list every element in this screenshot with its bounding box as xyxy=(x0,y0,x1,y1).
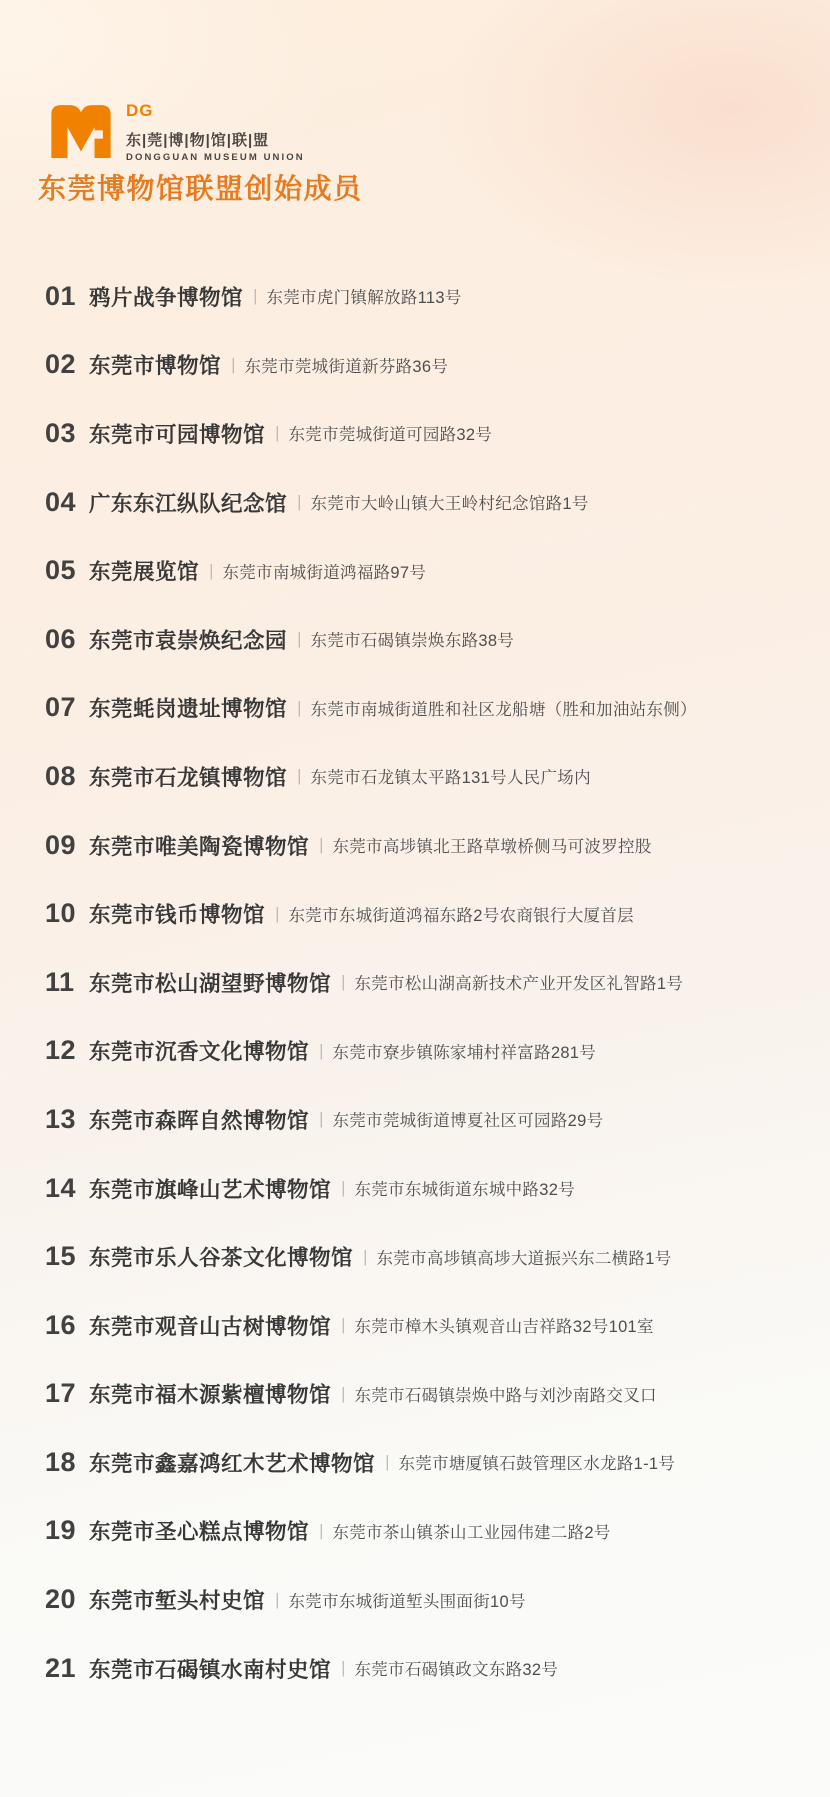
member-name: 东莞市乐人谷茶文化博物馆 xyxy=(89,1241,353,1272)
member-name: 东莞市森晖自然博物馆 xyxy=(89,1104,309,1135)
member-name: 东莞市圣心糕点博物馆 xyxy=(89,1515,309,1546)
member-row: 20 东莞市堑头村史馆 | 东莞市东城街道堑头围面街10号 xyxy=(45,1565,810,1634)
member-number: 03 xyxy=(45,418,89,449)
member-address: 东莞市寮步镇陈家埔村祥富路281号 xyxy=(332,1039,596,1063)
member-address: 东莞市茶山镇茶山工业园伟建二路2号 xyxy=(332,1519,610,1543)
member-row: 19 东莞市圣心糕点博物馆 | 东莞市茶山镇茶山工业园伟建二路2号 xyxy=(45,1497,810,1566)
separator-bar: | xyxy=(276,1590,279,1610)
separator-bar: | xyxy=(320,1041,323,1061)
separator-bar: | xyxy=(342,972,345,992)
member-name: 东莞市观音山古树博物馆 xyxy=(89,1310,331,1341)
logo-text: DG 东|莞|博|物|馆|联|盟 DONGGUAN MUSEUM UNION xyxy=(126,100,305,163)
member-address: 东莞市南城街道胜和社区龙船塘（胜和加油站东侧） xyxy=(310,696,696,720)
logo-dg-label: DG xyxy=(126,102,305,119)
member-number: 14 xyxy=(45,1173,89,1204)
logo-english-name: DONGGUAN MUSEUM UNION xyxy=(126,153,305,163)
member-address: 东莞市塘厦镇石鼓管理区水龙路1-1号 xyxy=(398,1450,675,1474)
member-row: 15 东莞市乐人谷茶文化博物馆 | 东莞市高埗镇高埗大道振兴东二横路1号 xyxy=(45,1222,810,1291)
member-address: 东莞市东城街道东城中路32号 xyxy=(354,1176,575,1200)
separator-bar: | xyxy=(298,766,301,786)
member-name: 东莞市袁崇焕纪念园 xyxy=(89,624,287,655)
member-name: 东莞市博物馆 xyxy=(89,349,221,380)
separator-bar: | xyxy=(276,904,279,924)
member-address: 东莞市莞城街道可园路32号 xyxy=(288,421,492,445)
member-row: 04 广东东江纵队纪念馆 | 东莞市大岭山镇大王岭村纪念馆路1号 xyxy=(45,468,810,537)
member-name: 广东东江纵队纪念馆 xyxy=(89,487,287,518)
member-name: 东莞市石碣镇水南村史馆 xyxy=(89,1653,331,1684)
member-address: 东莞市高埗镇北王路草墩桥侧马可波罗控股 xyxy=(332,833,651,857)
member-row: 21 东莞市石碣镇水南村史馆 | 东莞市石碣镇政文东路32号 xyxy=(45,1634,810,1703)
member-address: 东莞市东城街道鸿福东路2号农商银行大厦首层 xyxy=(288,902,633,926)
separator-bar: | xyxy=(210,561,213,581)
member-name: 鸦片战争博物馆 xyxy=(89,281,243,312)
member-number: 20 xyxy=(45,1584,89,1615)
member-address: 东莞市莞城街道新芬路36号 xyxy=(244,353,448,377)
member-row: 02 东莞市博物馆 | 东莞市莞城街道新芬路36号 xyxy=(45,331,810,400)
museum-union-m-icon xyxy=(48,100,114,158)
separator-bar: | xyxy=(232,355,235,375)
poster: DG 东|莞|博|物|馆|联|盟 DONGGUAN MUSEUM UNION 东… xyxy=(0,0,830,1797)
member-address: 东莞市石龙镇太平路131号人民广场内 xyxy=(310,764,590,788)
member-row: 06 东莞市袁崇焕纪念园 | 东莞市石碣镇崇焕东路38号 xyxy=(45,605,810,674)
member-row: 03 东莞市可园博物馆 | 东莞市莞城街道可园路32号 xyxy=(45,399,810,468)
member-name: 东莞展览馆 xyxy=(89,555,199,586)
separator-bar: | xyxy=(298,492,301,512)
separator-bar: | xyxy=(342,1384,345,1404)
member-number: 04 xyxy=(45,487,89,518)
member-row: 05 东莞展览馆 | 东莞市南城街道鸿福路97号 xyxy=(45,536,810,605)
member-number: 17 xyxy=(45,1378,89,1409)
member-number: 15 xyxy=(45,1241,89,1272)
member-number: 09 xyxy=(45,830,89,861)
member-row: 11 东莞市松山湖望野博物馆 | 东莞市松山湖高新技术产业开发区礼智路1号 xyxy=(45,948,810,1017)
separator-bar: | xyxy=(342,1315,345,1335)
member-name: 东莞市钱币博物馆 xyxy=(89,898,265,929)
separator-bar: | xyxy=(276,423,279,443)
separator-bar: | xyxy=(298,629,301,649)
member-name: 东莞市石龙镇博物馆 xyxy=(89,761,287,792)
separator-bar: | xyxy=(386,1452,389,1472)
member-number: 11 xyxy=(45,967,89,998)
member-number: 05 xyxy=(45,555,89,586)
member-name: 东莞市松山湖望野博物馆 xyxy=(89,967,331,998)
member-address: 东莞市高埗镇高埗大道振兴东二横路1号 xyxy=(376,1245,671,1269)
member-number: 07 xyxy=(45,692,89,723)
member-row: 07 东莞蚝岗遗址博物馆 | 东莞市南城街道胜和社区龙船塘（胜和加油站东侧） xyxy=(45,674,810,743)
member-number: 16 xyxy=(45,1310,89,1341)
member-row: 17 东莞市福木源紫檀博物馆 | 东莞市石碣镇崇焕中路与刘沙南路交叉口 xyxy=(45,1360,810,1429)
logo-chinese-name: 东|莞|博|物|馆|联|盟 xyxy=(126,133,305,148)
member-address: 东莞市东城街道堑头围面街10号 xyxy=(288,1588,525,1612)
member-name: 东莞市可园博物馆 xyxy=(89,418,265,449)
separator-bar: | xyxy=(364,1247,367,1267)
member-number: 13 xyxy=(45,1104,89,1135)
member-address: 东莞市莞城街道博夏社区可园路29号 xyxy=(332,1107,603,1131)
member-address: 东莞市石碣镇崇焕东路38号 xyxy=(310,627,514,651)
member-name: 东莞市堑头村史馆 xyxy=(89,1584,265,1615)
member-address: 东莞市石碣镇政文东路32号 xyxy=(354,1656,558,1680)
member-number: 12 xyxy=(45,1035,89,1066)
page-title: 东莞博物馆联盟创始成员 xyxy=(38,167,363,207)
member-row: 01 鸦片战争博物馆 | 东莞市虎门镇解放路113号 xyxy=(45,262,810,331)
separator-bar: | xyxy=(342,1178,345,1198)
member-name: 东莞蚝岗遗址博物馆 xyxy=(89,692,287,723)
member-row: 08 东莞市石龙镇博物馆 | 东莞市石龙镇太平路131号人民广场内 xyxy=(45,742,810,811)
member-number: 19 xyxy=(45,1515,89,1546)
logo: DG 东|莞|博|物|馆|联|盟 DONGGUAN MUSEUM UNION xyxy=(48,100,305,163)
separator-bar: | xyxy=(320,1109,323,1129)
member-row: 16 东莞市观音山古树博物馆 | 东莞市樟木头镇观音山吉祥路32号101室 xyxy=(45,1291,810,1360)
member-name: 东莞市鑫嘉鸿红木艺术博物馆 xyxy=(89,1447,375,1478)
member-row: 09 东莞市唯美陶瓷博物馆 | 东莞市高埗镇北王路草墩桥侧马可波罗控股 xyxy=(45,811,810,880)
member-number: 18 xyxy=(45,1447,89,1478)
member-number: 06 xyxy=(45,624,89,655)
separator-bar: | xyxy=(342,1658,345,1678)
member-name: 东莞市旗峰山艺术博物馆 xyxy=(89,1173,331,1204)
member-number: 08 xyxy=(45,761,89,792)
separator-bar: | xyxy=(320,835,323,855)
member-number: 02 xyxy=(45,349,89,380)
separator-bar: | xyxy=(320,1521,323,1541)
member-address: 东莞市大岭山镇大王岭村纪念馆路1号 xyxy=(310,490,588,514)
member-address: 东莞市石碣镇崇焕中路与刘沙南路交叉口 xyxy=(354,1382,656,1406)
member-address: 东莞市虎门镇解放路113号 xyxy=(266,284,461,308)
member-number: 10 xyxy=(45,898,89,929)
member-row: 12 东莞市沉香文化博物馆 | 东莞市寮步镇陈家埔村祥富路281号 xyxy=(45,1017,810,1086)
member-address: 东莞市南城街道鸿福路97号 xyxy=(222,559,426,583)
separator-bar: | xyxy=(254,286,257,306)
member-row: 13 东莞市森晖自然博物馆 | 东莞市莞城街道博夏社区可园路29号 xyxy=(45,1085,810,1154)
member-row: 10 东莞市钱币博物馆 | 东莞市东城街道鸿福东路2号农商银行大厦首层 xyxy=(45,879,810,948)
member-row: 14 东莞市旗峰山艺术博物馆 | 东莞市东城街道东城中路32号 xyxy=(45,1154,810,1223)
member-name: 东莞市福木源紫檀博物馆 xyxy=(89,1378,331,1409)
separator-bar: | xyxy=(298,698,301,718)
member-address: 东莞市樟木头镇观音山吉祥路32号101室 xyxy=(354,1313,653,1337)
member-number: 01 xyxy=(45,281,89,312)
member-name: 东莞市沉香文化博物馆 xyxy=(89,1035,309,1066)
member-row: 18 东莞市鑫嘉鸿红木艺术博物馆 | 东莞市塘厦镇石鼓管理区水龙路1-1号 xyxy=(45,1428,810,1497)
member-number: 21 xyxy=(45,1653,89,1684)
member-name: 东莞市唯美陶瓷博物馆 xyxy=(89,830,309,861)
member-address: 东莞市松山湖高新技术产业开发区礼智路1号 xyxy=(354,970,683,994)
member-list: 01 鸦片战争博物馆 | 东莞市虎门镇解放路113号 02 东莞市博物馆 | 东… xyxy=(45,262,810,1702)
